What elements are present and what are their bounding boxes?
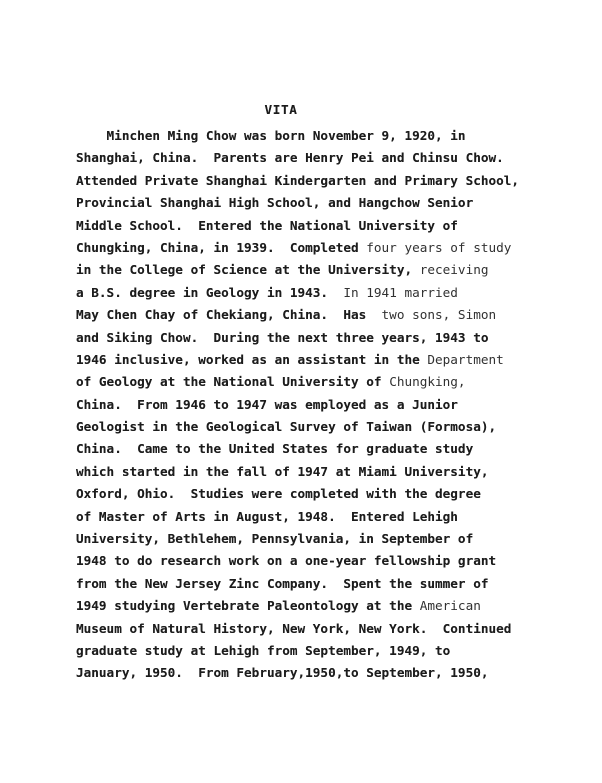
text-segment: American <box>420 598 481 613</box>
text-line: Minchen Ming Chow was born November 9, 1… <box>76 125 536 147</box>
page-title: VITA <box>76 99 486 121</box>
text-segment: graduate study at Lehigh from September,… <box>76 643 450 658</box>
document-page: VITA Minchen Ming Chow was born November… <box>0 0 602 783</box>
text-line: University, Bethlehem, Pennsylvania, in … <box>76 528 536 550</box>
text-segment: 1946 inclusive, worked as an assistant i… <box>76 352 427 367</box>
text-line: Shanghai, China. Parents are Henry Pei a… <box>76 147 536 169</box>
document-body: Minchen Ming Chow was born November 9, 1… <box>76 125 536 685</box>
text-segment: four years of study <box>366 240 511 255</box>
text-segment: in the College of Science at the Univers… <box>76 262 420 277</box>
text-line: a B.S. degree in Geology in 1943. In 194… <box>76 282 536 304</box>
text-segment: 1948 to do research work on a one-year f… <box>76 553 496 568</box>
text-segment: Provincial Shanghai High School, and Han… <box>76 195 473 210</box>
text-line: of Master of Arts in August, 1948. Enter… <box>76 506 536 528</box>
text-line: January, 1950. From February,1950,to Sep… <box>76 662 536 684</box>
text-line: graduate study at Lehigh from September,… <box>76 640 536 662</box>
text-segment: Middle School. Entered the National Univ… <box>76 218 458 233</box>
text-segment: China. Came to the United States for gra… <box>76 441 473 456</box>
text-segment: China. From 1946 to 1947 was employed as… <box>76 397 458 412</box>
text-segment: Chungking, China, in 1939. Completed <box>76 240 366 255</box>
text-line: Chungking, China, in 1939. Completed fou… <box>76 237 536 259</box>
text-line: 1946 inclusive, worked as an assistant i… <box>76 349 536 371</box>
text-segment: In 1941 married <box>343 285 458 300</box>
text-line: Attended Private Shanghai Kindergarten a… <box>76 170 536 192</box>
text-line: China. Came to the United States for gra… <box>76 438 536 460</box>
text-segment: Attended Private Shanghai Kindergarten a… <box>76 173 519 188</box>
text-line: Middle School. Entered the National Univ… <box>76 215 536 237</box>
text-line: China. From 1946 to 1947 was employed as… <box>76 394 536 416</box>
text-line: Oxford, Ohio. Studies were completed wit… <box>76 483 536 505</box>
text-segment: a B.S. degree in Geology in 1943. <box>76 285 343 300</box>
text-line: Museum of Natural History, New York, New… <box>76 618 536 640</box>
text-segment: January, 1950. From February,1950,to Sep… <box>76 665 488 680</box>
text-segment: of Geology at the National University of <box>76 374 389 389</box>
text-line: which started in the fall of 1947 at Mia… <box>76 461 536 483</box>
text-segment: two sons, Simon <box>382 307 497 322</box>
text-line: in the College of Science at the Univers… <box>76 259 536 281</box>
text-line: 1948 to do research work on a one-year f… <box>76 550 536 572</box>
text-segment: Museum of Natural History, New York, New… <box>76 621 511 636</box>
text-segment: Shanghai, China. Parents are Henry Pei a… <box>76 150 504 165</box>
text-line: and Siking Chow. During the next three y… <box>76 327 536 349</box>
text-segment: Chungking, <box>389 374 465 389</box>
text-segment: and Siking Chow. During the next three y… <box>76 330 488 345</box>
text-segment: May Chen Chay of Chekiang, China. Has <box>76 307 382 322</box>
text-segment: Geologist in the Geological Survey of Ta… <box>76 419 496 434</box>
text-line: of Geology at the National University of… <box>76 371 536 393</box>
text-line: May Chen Chay of Chekiang, China. Has tw… <box>76 304 536 326</box>
text-segment: Oxford, Ohio. Studies were completed wit… <box>76 486 481 501</box>
text-segment: of Master of Arts in August, 1948. Enter… <box>76 509 458 524</box>
text-line: Provincial Shanghai High School, and Han… <box>76 192 536 214</box>
text-segment: Minchen Ming Chow was born November 9, 1… <box>76 128 466 143</box>
text-segment: which started in the fall of 1947 at Mia… <box>76 464 488 479</box>
text-line: 1949 studying Vertebrate Paleontology at… <box>76 595 536 617</box>
text-segment: receiving <box>420 262 489 277</box>
text-segment: Department <box>427 352 503 367</box>
text-segment: from the New Jersey Zinc Company. Spent … <box>76 576 488 591</box>
text-line: Geologist in the Geological Survey of Ta… <box>76 416 536 438</box>
text-line: from the New Jersey Zinc Company. Spent … <box>76 573 536 595</box>
text-segment: 1949 studying Vertebrate Paleontology at… <box>76 598 420 613</box>
text-segment: University, Bethlehem, Pennsylvania, in … <box>76 531 473 546</box>
